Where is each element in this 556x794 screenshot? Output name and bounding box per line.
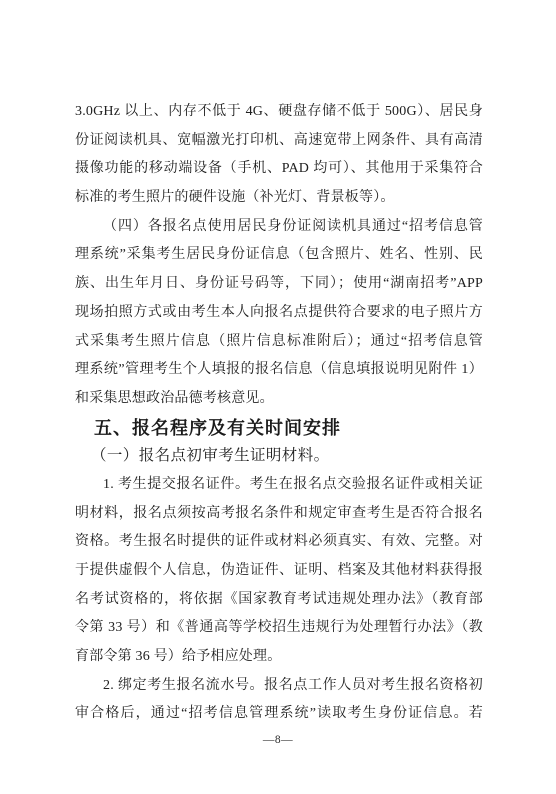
text-line: 资格。考生报名时提供的证件或材料必须真实、有效、完整。对 [75,528,483,557]
text-line: 明材料，报名点须按高考报名条件和规定审查考生是否符合报名 [75,500,483,529]
text-line: 标准的考生照片的硬件设施（补光灯、背景板等）。 [75,184,483,213]
text-line: 份证阅读机具、宽幅激光打印机、高速宽带上网条件、具有高清 [75,127,483,156]
text-line: 现场拍照方式或由考生本人向报名点提供符合要求的电子照片方 [75,299,483,328]
section-heading: 五、报名程序及有关时间安排 [75,414,483,443]
text-line: 族、出生年月日、身份证号码等，下同）；使用“湖南招考”APP [75,270,483,299]
document-page: 3.0GHz 以上、内存不低于 4G、硬盘存储不低于 500G）、居民身份证阅读… [0,0,556,794]
text-line: 名考试资格的，将依据《国家教育考试违规处理办法》（教育部 [75,586,483,615]
text-line: 3.0GHz 以上、内存不低于 4G、硬盘存储不低于 500G）、居民身 [75,98,483,127]
text-line: 2. 绑定考生报名流水号。报名点工作人员对考生报名资格初 [75,672,483,701]
text-line: 令第 33 号）和《普通高等学校招生违规行为处理暂行办法》（教 [75,614,483,643]
document-body: 3.0GHz 以上、内存不低于 4G、硬盘存储不低于 500G）、居民身份证阅读… [75,98,483,729]
text-line: 摄像功能的移动端设备（手机、PAD 均可）、其他用于采集符合 [75,155,483,184]
text-line: 和采集思想政治品德考核意见。 [75,385,483,414]
text-line: 1. 考生提交报名证件。考生在报名点交验报名证件或相关证 [75,471,483,500]
subsection-heading: （一）报名点初审考生证明材料。 [75,442,483,471]
text-line: 于提供虚假个人信息，伪造证件、证明、档案及其他材料获得报 [75,557,483,586]
text-line: 审合格后，通过“招考信息管理系统”读取考生身份证信息。若 [75,700,483,729]
text-line: 育部令第 36 号）给予相应处理。 [75,643,483,672]
text-line: 式采集考生照片信息（照片信息标准附后）；通过“招考信息管 [75,328,483,357]
text-line: 理系统”采集考生居民身份证信息（包含照片、姓名、性别、民 [75,241,483,270]
page-number: —8— [0,734,556,746]
text-line: （四）各报名点使用居民身份证阅读机具通过“招考信息管 [75,213,483,242]
text-line: 理系统”管理考生个人填报的报名信息（信息填报说明见附件 1） [75,356,483,385]
